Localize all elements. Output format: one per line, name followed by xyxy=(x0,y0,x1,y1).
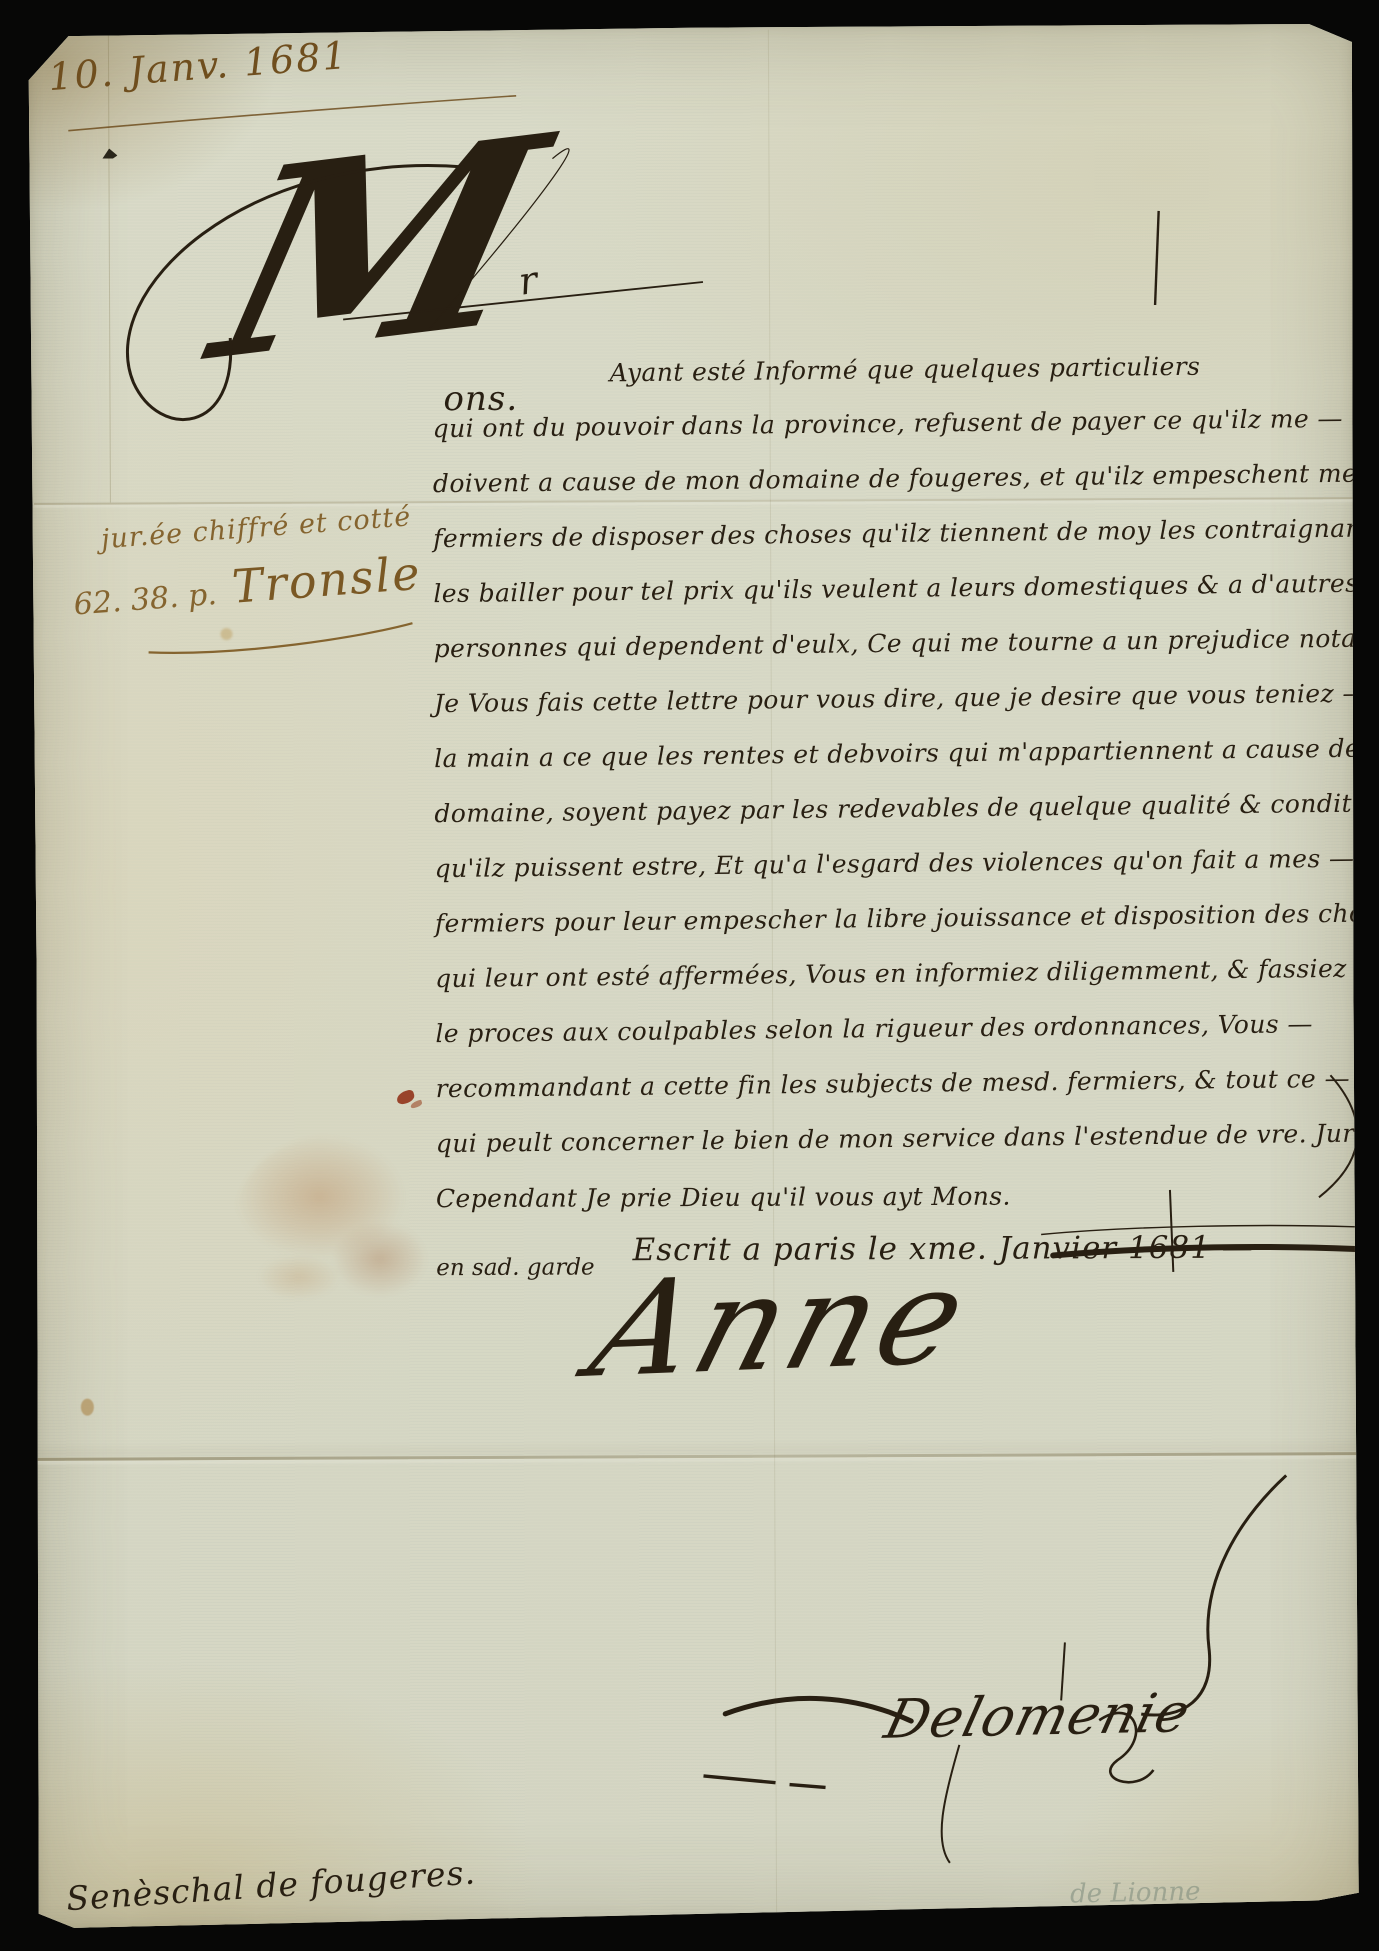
closing-formula-line: Cependant Je prie Dieu qu'il vous ayt Mo… xyxy=(436,1182,1011,1214)
body-line: personnes qui dependent d'eulx, Ce qui m… xyxy=(434,623,1379,663)
horizontal-fold-crease-upper xyxy=(34,497,1364,505)
red-wax-speck xyxy=(395,1089,416,1106)
salutation-abbreviation-r: r xyxy=(516,258,540,304)
horizontal-fold-crease-lower xyxy=(35,1452,1371,1461)
body-line: la main a ce que les rentes et debvoirs … xyxy=(434,732,1379,773)
docket-seneschal: Senèschal de fougeres. xyxy=(65,1852,477,1918)
signature-anne: Anne xyxy=(579,1250,984,1396)
stray-vertical-stroke xyxy=(1155,211,1159,305)
margin-note-line2: 62. 38. p.Tronsle xyxy=(71,546,423,626)
countersign-dash-2 xyxy=(790,1784,826,1787)
countersign-grand-swash xyxy=(1140,1475,1287,1715)
ink-speck xyxy=(102,149,117,159)
vertical-fold-crease-left xyxy=(108,33,111,503)
margin-note-underline xyxy=(148,623,412,653)
body-line: qu'ilz puissent estre, Et qu'a l'esgard … xyxy=(434,844,1354,883)
countersign-dash-1 xyxy=(703,1776,775,1783)
body-line: recommandant a cette fin les subjects de… xyxy=(435,1064,1350,1103)
margin-note-signature: Tronsle xyxy=(230,546,423,614)
body-line: Je Vous fais cette lettre pour vous dire… xyxy=(434,679,1368,719)
received-date-note: 10. Janv. 1681 xyxy=(47,33,350,99)
body-line: qui ont du pouvoir dans la province, ref… xyxy=(433,404,1343,443)
closing-prefix: en sad. garde xyxy=(436,1254,594,1281)
body-line: les bailler pour tel prix qu'ils veulent… xyxy=(433,568,1379,608)
body-line: qui leur ont esté affermées, Vous en inf… xyxy=(435,954,1347,993)
countersign-descender xyxy=(941,1745,960,1863)
countersignature-delomenie: Delomenie xyxy=(879,1681,1197,1751)
manuscript-letter-sheet: 10. Janv. 1681 M r ons. Ayant esté Infor… xyxy=(26,19,1364,1931)
body-line: le proces aux coulpables selon la rigueu… xyxy=(435,1009,1313,1048)
body-line: Ayant esté Informé que quelques particul… xyxy=(609,352,1200,388)
body-line: qui peult concerner le bien de mon servi… xyxy=(436,1117,1379,1158)
countersign-lead-swash xyxy=(725,1698,911,1722)
sheet-content: 10. Janv. 1681 M r ons. Ayant esté Infor… xyxy=(0,0,1379,1951)
seal-stain xyxy=(234,1134,449,1313)
salutation-initial-m: M xyxy=(199,100,561,397)
body-line: fermiers pour leur empescher la libre jo… xyxy=(435,898,1379,938)
body-line: doivent a cause de mon domaine de fouger… xyxy=(433,458,1379,498)
ghost-show-through-text: de Lionne xyxy=(1070,1877,1201,1910)
body-line: domaine, soyent payez par les redevables… xyxy=(434,788,1379,828)
foxing-spot xyxy=(81,1399,94,1416)
margin-archive-note: jur.ée chiffré et cotté 62. 38. p.Tronsl… xyxy=(68,501,423,626)
margin-note-cote: 62. 38. p. xyxy=(73,577,218,623)
body-line: fermiers de disposer des choses qu'ilz t… xyxy=(433,513,1379,553)
foxing-spot-small xyxy=(220,628,232,640)
